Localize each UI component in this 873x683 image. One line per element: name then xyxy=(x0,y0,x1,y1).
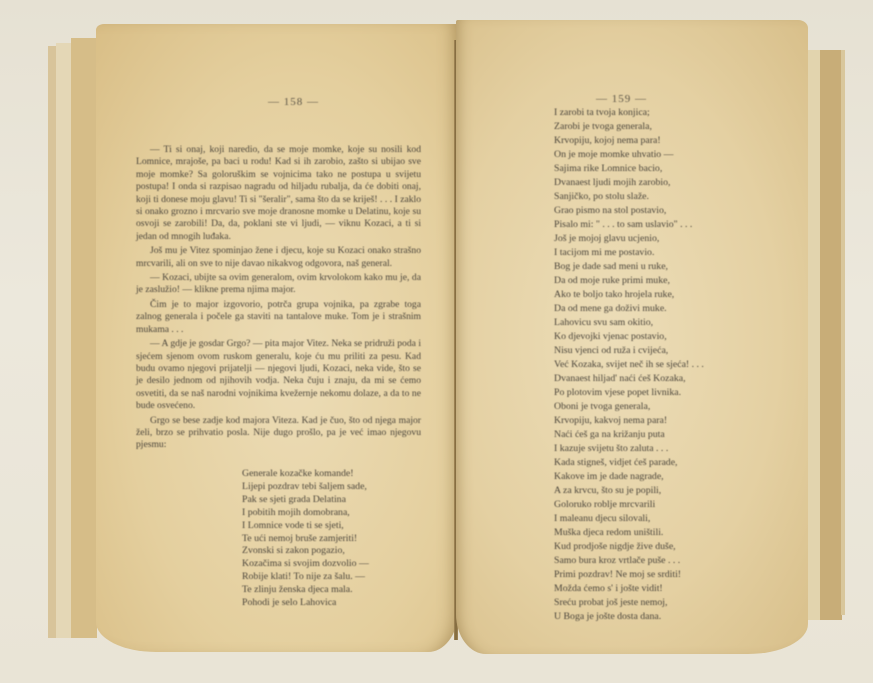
poem-line: Pohodi je selo Lahovica xyxy=(242,597,369,610)
right-cover-edge xyxy=(820,50,842,620)
poem-line: Nisu vjenci od ruža i cvijeća, xyxy=(554,344,704,358)
paragraph: Čim je to major izgovorio, potrča grupa … xyxy=(136,299,421,336)
poem-line: Grao pismo na stol postavio, xyxy=(554,204,704,218)
poem-line: I kazuje svijetu što zaluta . . . xyxy=(554,442,704,456)
left-page-stack xyxy=(71,38,97,638)
poem-line: A za krvcu, što su je popili, xyxy=(554,484,704,498)
poem-line: Sreću probat još jeste nemoj, xyxy=(554,596,704,610)
poem-line: Oboni je tvoga generala, xyxy=(554,400,704,414)
poem-line: Možda ćemo s' i jošte vidit! xyxy=(554,582,704,596)
poem-line: I maleanu djecu silovali, xyxy=(554,512,704,526)
page-number-left: — 158 — xyxy=(268,96,319,108)
poem-line: Sajima rike Lomnice bacio, xyxy=(554,162,704,176)
poem-line: I pobitih mojih domobrana, xyxy=(242,507,369,520)
left-page-block-edge xyxy=(56,43,72,638)
poem-line: Još je mojoj glavu ucjenio, xyxy=(554,232,704,246)
paragraph: Grgo se bese zadje kod majora Viteza. Ka… xyxy=(136,415,421,452)
poem-line: Naći ćeš ga na križanju puta xyxy=(554,428,704,442)
poem-line: Ko djevojki vjenac postavio, xyxy=(554,330,704,344)
poem-line: Generale kozačke komande! xyxy=(242,468,369,481)
poem-line: Već Kozaka, svijet neč ih se sjeća! . . … xyxy=(554,358,704,372)
paragraph: — Ti si onaj, koji naredio, da se moje m… xyxy=(136,144,421,243)
poem-line: U Boga je jošte dosta dana. xyxy=(554,610,704,624)
poem-line: Po plotovim vjese popet livnika. xyxy=(554,386,704,400)
left-page-prose: — Ti si onaj, koji naredio, da se moje m… xyxy=(136,144,421,454)
poem-line: Ako te boljo tako hrojela ruke, xyxy=(554,288,704,302)
poem-line: Krvopiju, kojoj nema para! xyxy=(554,134,704,148)
poem-line: Te zlinju ženska djeca mala. xyxy=(242,584,369,597)
poem-line: On je moje momke uhvatio — xyxy=(554,148,704,162)
poem-line: Pisalo mi: " . . . to sam uslavio" . . . xyxy=(554,218,704,232)
poem-line: I zarobi ta tvoja konjica; xyxy=(554,106,704,120)
poem-line: Kozačima si svojim dozvolio — xyxy=(242,558,369,571)
poem-line: Goloruko roblje mrcvarili xyxy=(554,498,704,512)
paragraph: — Kozaci, ubijte sa ovim generalom, ovim… xyxy=(136,272,421,297)
poem-line: Zarobi je tvoga generala, xyxy=(554,120,704,134)
poem-line: Da od moje ruke primi muke, xyxy=(554,274,704,288)
poem-line: Zvonski si zakon pogazio, xyxy=(242,545,369,558)
right-page-poem: I zarobi ta tvoja konjica; Zarobi je tvo… xyxy=(554,106,704,624)
poem-line: Kakove im je dade nagrade, xyxy=(554,470,704,484)
poem-line: Robije klati! To nije za šalu. — xyxy=(242,571,369,584)
right-page: — 159 — I zarobi ta tvoja konjica; Zarob… xyxy=(456,20,808,654)
poem-line: I tacijom mi me postavio. xyxy=(554,246,704,260)
paragraph: — A gdje je gosdar Grgo? — pita major Vi… xyxy=(136,338,421,412)
paragraph: Još mu je Vitez spominjao žene i djecu, … xyxy=(136,245,421,270)
poem-line: Kud prodjoše nigdje žive duše, xyxy=(554,540,704,554)
poem-line: Primi pozdrav! Ne moj se srditi! xyxy=(554,568,704,582)
poem-line: Bog je dade sad meni u ruke, xyxy=(554,260,704,274)
poem-line: I Lomnice vode ti se sjeti, xyxy=(242,520,369,533)
poem-line: Lijepi pozdrav tebi šaljem sade, xyxy=(242,481,369,494)
poem-line: Sanjičko, po stolu slaže. xyxy=(554,190,704,204)
poem-line: Dvanaest ljudi mojih zarobio, xyxy=(554,176,704,190)
photo-scene: — 158 — — Ti si onaj, koji naredio, da s… xyxy=(0,0,873,683)
left-page-poem: Generale kozačke komande! Lijepi pozdrav… xyxy=(242,468,369,610)
poem-line: Krvopiju, kakvoj nema para! xyxy=(554,414,704,428)
poem-line: Te ući nemoj bruše zamjeriti! xyxy=(242,533,369,546)
page-number-right: — 159 — xyxy=(596,93,647,105)
poem-line: Da od mene ga doživi muke. xyxy=(554,302,704,316)
poem-line: Samo bura kroz vrtlače puše . . . xyxy=(554,554,704,568)
poem-line: Muška djeca redom uništili. xyxy=(554,526,704,540)
poem-line: Dvanaest hiljad' naći ćeš Kozaka, xyxy=(554,372,704,386)
poem-line: Lahovicu svu sam okitio, xyxy=(554,316,704,330)
right-cover-lip xyxy=(841,50,845,615)
poem-line: Pak se sjeti grada Delatina xyxy=(242,494,369,507)
left-page: — 158 — — Ti si onaj, koji naredio, da s… xyxy=(96,24,458,652)
poem-line: Kada stigneš, vidjet ćeš parade, xyxy=(554,456,704,470)
